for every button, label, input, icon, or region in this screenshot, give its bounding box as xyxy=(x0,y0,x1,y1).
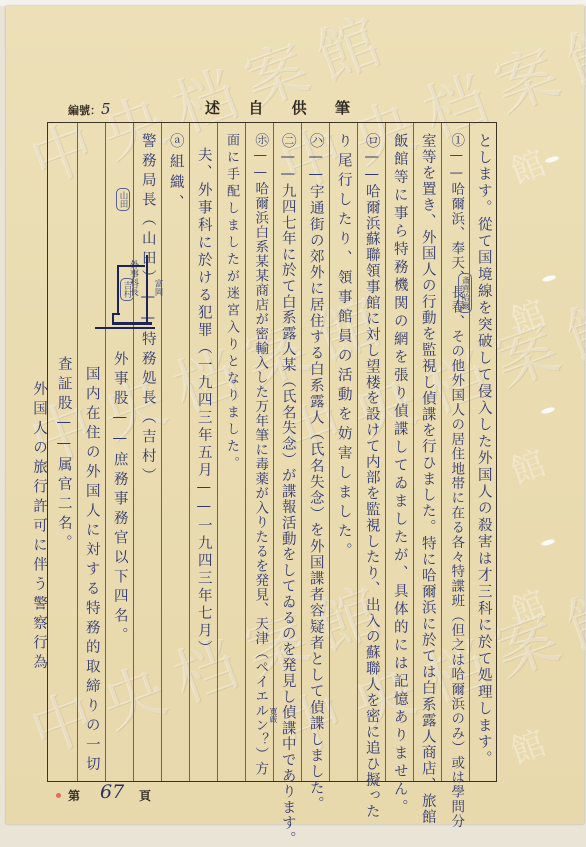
text-column: り尾行したり、領事館員の活動を妨害しました。 xyxy=(330,123,358,781)
title-char: 自 xyxy=(248,97,263,118)
org-chart-line xyxy=(95,327,155,329)
text-column: ㋭——哈爾浜白系某某商店が密輸入した万年筆に毒薬が入りたるを発見、天津（ペイエル… xyxy=(246,123,274,781)
code-label: 編號： xyxy=(68,104,101,117)
text-column: 国内在住の外国人に対する特務的取締りの一切 xyxy=(78,123,106,781)
text-column: ㊁——九四七年に於て白系露人某（氏名失念）が諜報活動をしてゐるのを発見し偵諜中で… xyxy=(274,123,302,781)
margin-note: 斎齊哈爾 xyxy=(458,273,472,313)
text-column: 室等を置き、外国人の行動を監視し偵諜を行ひました。特に哈爾浜に於ては白系露人商店… xyxy=(414,123,442,781)
text-column: 面に手配しましたが迷宮入りとなりました。 xyxy=(218,123,246,781)
ruled-writing-frame: とします。從て国境線を突破して侵入した外国人の殺害は才三科に於て処理します。 ①… xyxy=(47,122,497,782)
text-column: 夫、外事科に於ける犯罪（一九四三年五月——一九四三年七月） xyxy=(190,123,218,781)
text-column: 外国人の旅行許可に伴う警察行為 xyxy=(22,123,50,781)
page-suffix: 頁 xyxy=(139,787,151,804)
document-code: 編號：5 xyxy=(68,100,111,118)
text-column: 査証股——属官二名。 xyxy=(50,123,78,781)
org-chart-line xyxy=(146,255,148,325)
branch-note: 富岡 xyxy=(152,277,164,298)
page-number: 67 xyxy=(100,781,124,803)
text-column: ㋺——哈爾浜蘇聯領事館に対し望楼を設けて内部を監視したり、出入の蘇聯人を密に追ひ… xyxy=(358,123,386,781)
title-char: 筆 xyxy=(335,97,350,118)
title-char: 供 xyxy=(292,97,307,118)
text-column: 飯館等に事ら特務機関の網を張り偵諜してゐましたが、具体的には記憶ありません。 xyxy=(386,123,414,781)
text-column: 外事股——庶務事務官以下四名。 xyxy=(106,123,134,781)
margin-note: 山田 xyxy=(116,188,130,211)
text-column: 警務局長（山田）——特務処長（吉村） xyxy=(134,123,162,781)
code-value: 5 xyxy=(101,100,111,118)
text-column: ㋩——宇通街の郊外に居住する白系露人（氏名失念）を外国諜者容疑者として偵諜しまし… xyxy=(302,123,330,781)
page-prefix: 第 xyxy=(68,787,80,804)
text-column: ①——哈爾浜、奉天、長春、その他外国人の居住地帯に在る各々特諜班（但之は哈爾浜の… xyxy=(442,123,470,781)
margin-note: 寛厳 xyxy=(268,705,279,725)
title-char: 述 xyxy=(205,97,220,118)
margin-note: 吉村 xyxy=(120,278,134,301)
text-column: ⓐ組織、 xyxy=(162,123,190,781)
text-column: とします。從て国境線を突破して侵入した外国人の殺害は才三科に於て処理します。 xyxy=(470,123,497,781)
org-chart-line xyxy=(117,266,119,314)
page-title: 筆 供 自 述 xyxy=(205,97,350,118)
red-mark xyxy=(56,793,61,798)
